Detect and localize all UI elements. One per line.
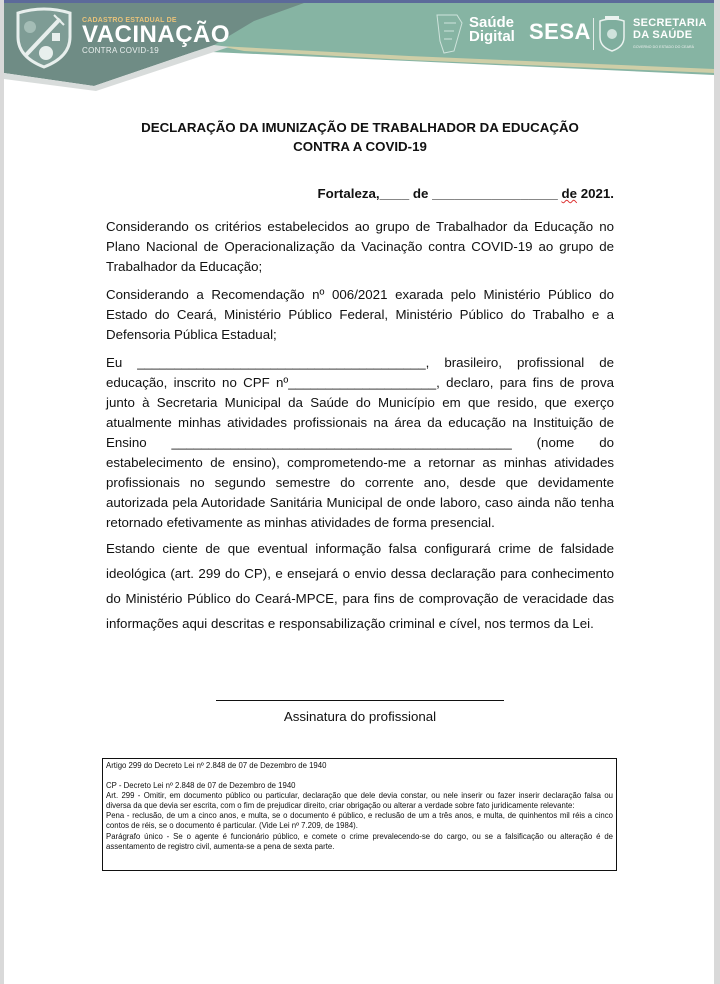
footnote-spacer [106,771,613,781]
footnote-sole-paragraph: Parágrafo único - Se o agente é funcioná… [106,832,613,852]
date-suffix: 2021. [577,186,614,201]
document-title-line2: CONTRA A COVID-19 [106,137,614,156]
footnote-heading: Artigo 299 do Decreto Lei nº 2.848 de 07… [106,761,613,771]
paragraph-awareness: Estando ciente de que eventual informaçã… [106,536,614,636]
secretaria-subline: GOVERNO DO ESTADO DO CEARÁ [633,41,707,53]
sesa-logo: SESA [529,19,591,45]
saude-digital-line2: Digital [469,30,515,44]
saude-digital-logo: Saúde Digital [469,16,515,44]
footnote-penalty: Pena - reclusão, de um a cinco anos, e m… [106,811,613,831]
footnote-law-ref: CP - Decreto Lei nº 2.848 de 07 de Dezem… [106,781,613,791]
secretaria-line1: SECRETARIA [633,17,707,29]
campaign-logo-text: CADASTRO ESTADUAL DE VACINAÇÃO CONTRA CO… [82,17,230,55]
document-title: DECLARAÇÃO DA IMUNIZAÇÃO DE TRABALHADOR … [106,118,614,156]
page-left-edge [0,0,4,984]
spellcheck-word: de [561,186,577,201]
letterhead-banner: CADASTRO ESTADUAL DE VACINAÇÃO CONTRA CO… [4,3,714,98]
paragraph-recommendation: Considerando a Recomendação nº 006/2021 … [106,285,614,345]
secretaria-logo: SECRETARIA DA SAÚDE GOVERNO DO ESTADO DO… [633,17,707,53]
footnote-article: Art. 299 - Omitir, em documento público … [106,791,613,811]
document-title-line1: DECLARAÇÃO DA IMUNIZAÇÃO DE TRABALHADOR … [106,118,614,137]
ceara-coat-of-arms-icon [600,16,624,51]
legal-footnote-box: Artigo 299 do Decreto Lei nº 2.848 de 07… [102,758,617,871]
signature-label: Assinatura do profissional [216,709,504,724]
paragraph-declaration: Eu _____________________________________… [106,353,614,533]
date-prefix: Fortaleza,____ de _________________ [318,186,562,201]
secretaria-line2: DA SAÚDE [633,29,707,41]
campaign-title: VACINAÇÃO [82,24,230,46]
logo-divider [593,18,594,50]
date-line: Fortaleza,____ de _________________ de 2… [106,186,614,201]
paragraph-criteria: Considerando os critérios estabelecidos … [106,217,614,277]
scrollbar-track[interactable] [714,0,720,984]
signature-line [216,700,504,701]
